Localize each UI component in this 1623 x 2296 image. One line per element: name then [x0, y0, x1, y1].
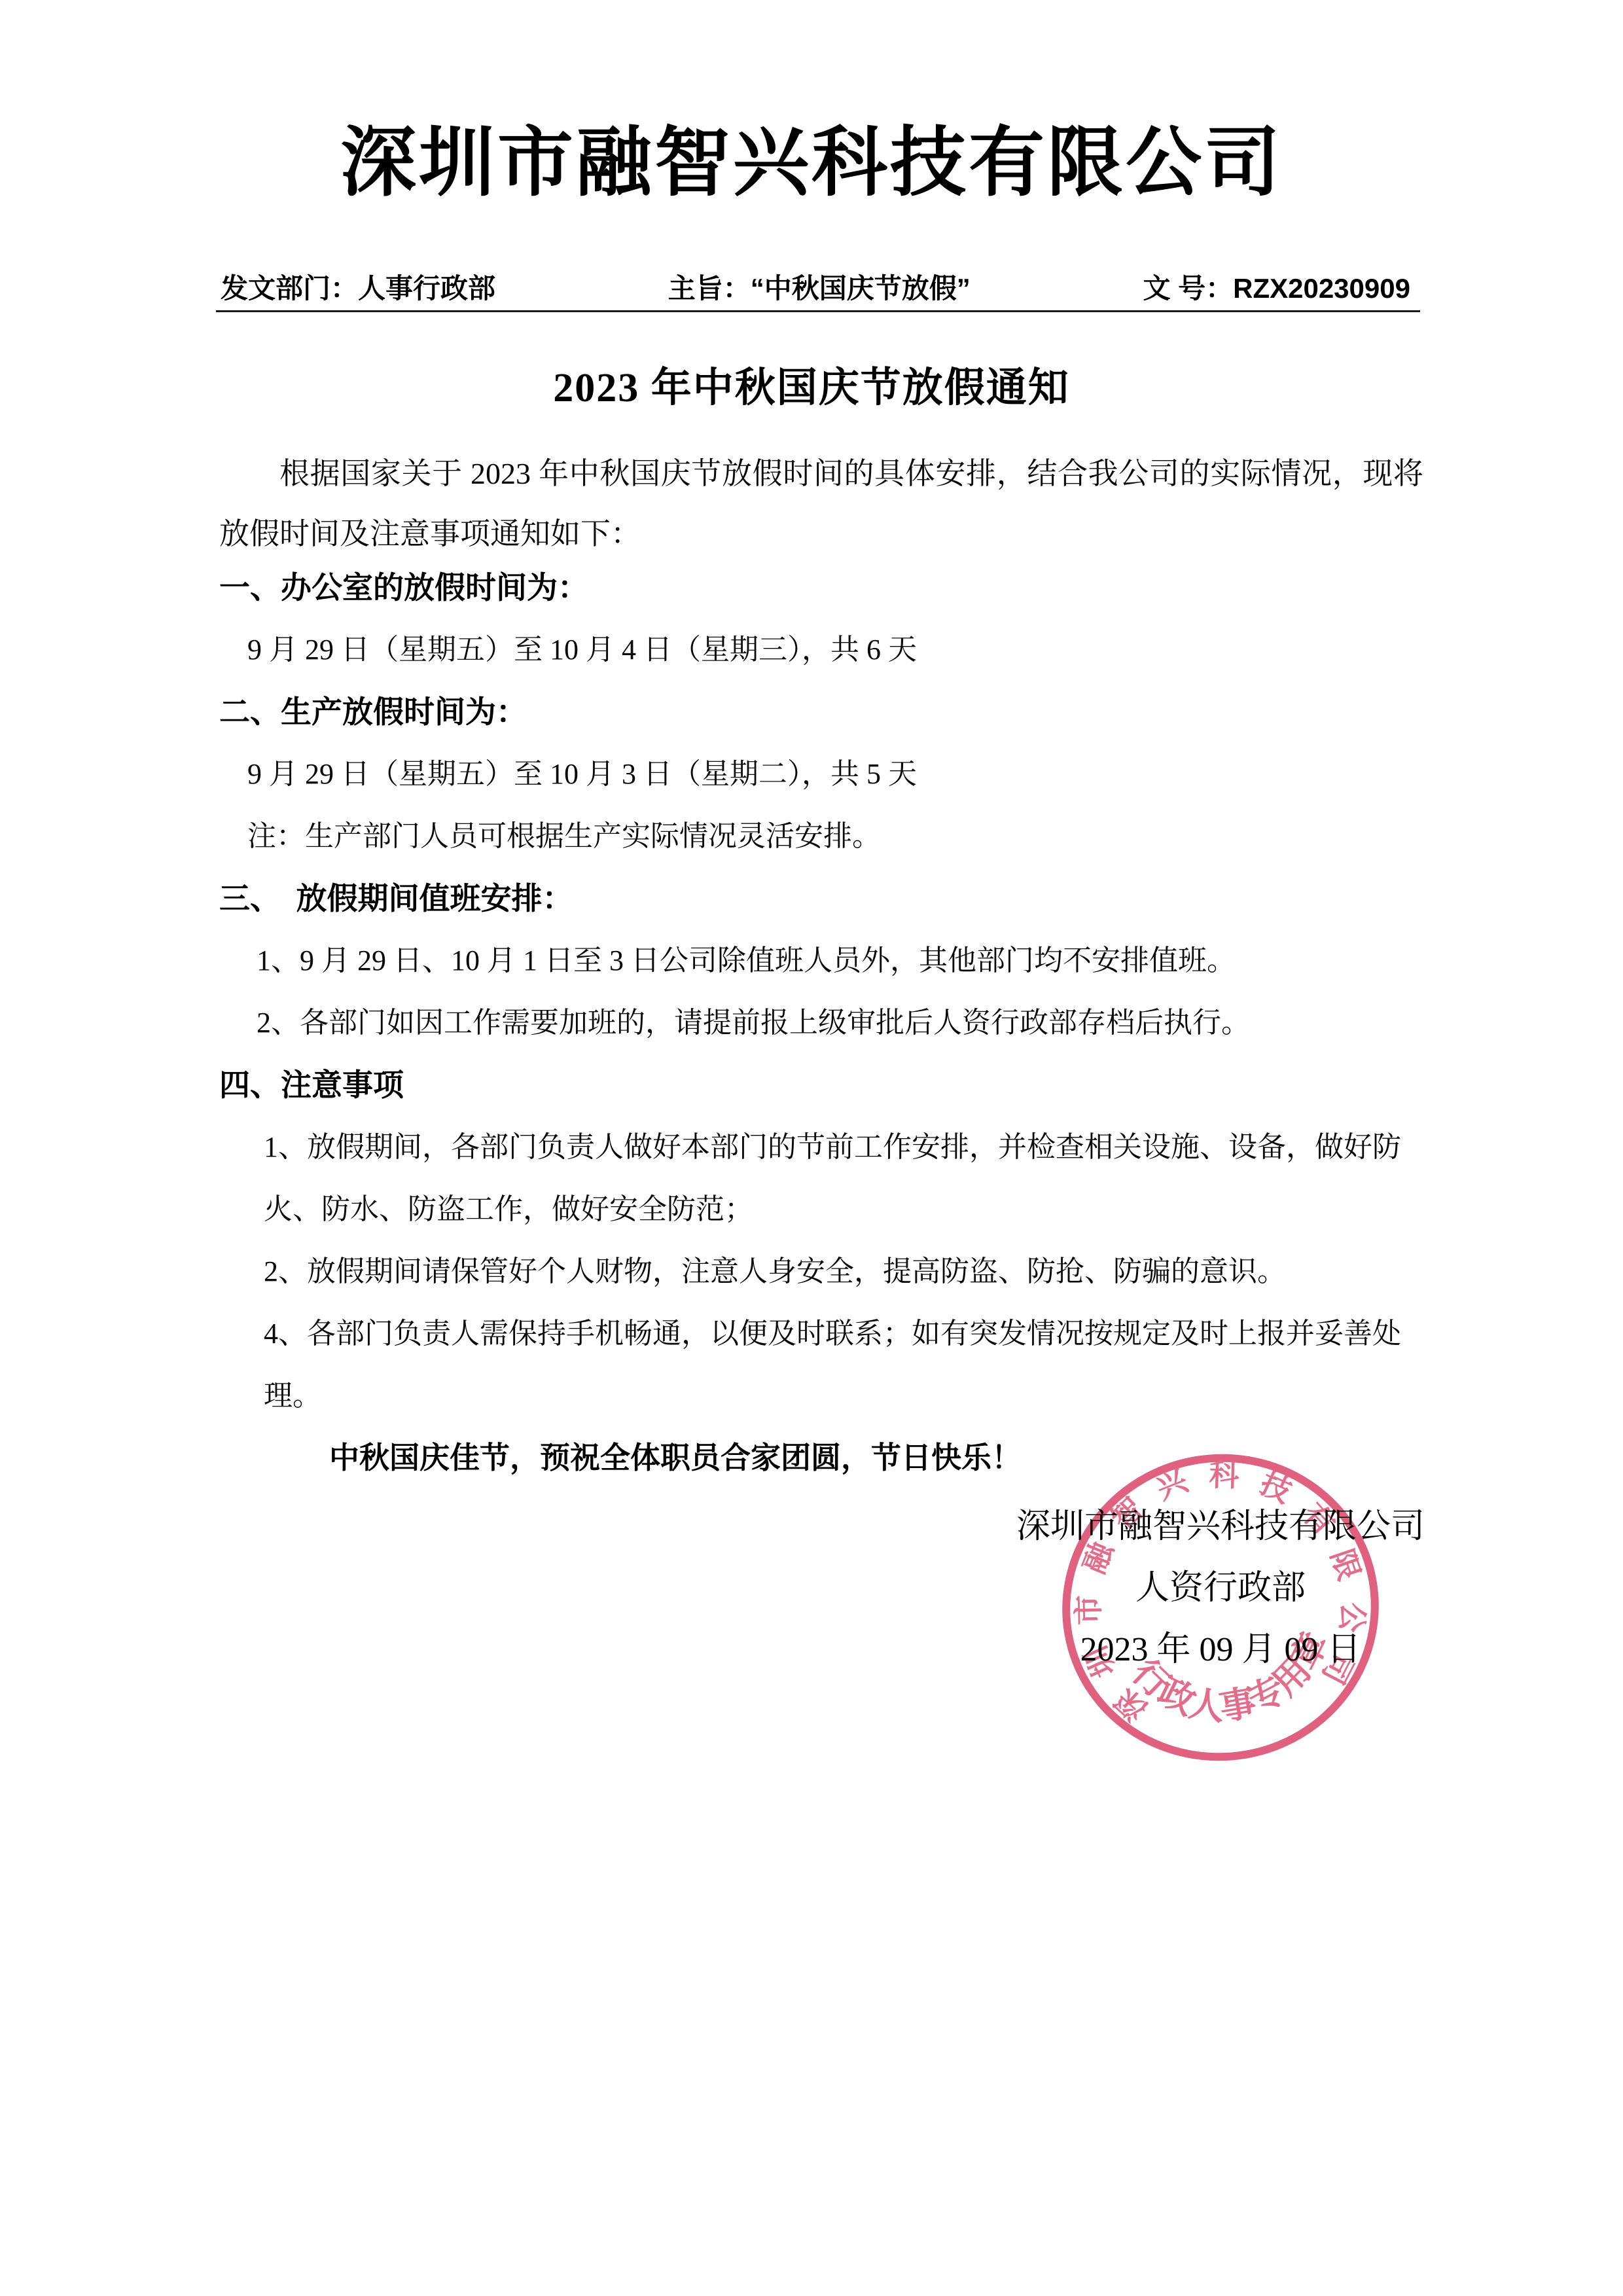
section-3-item-1: 1、9 月 29 日、10 月 1 日至 3 日公司除值班人员外，其他部门均不安… — [219, 929, 1423, 992]
section-4-item-3: 4、各部门负责人需保持手机畅通，以便及时联系；如有突发情况按规定及时上报并妥善处… — [219, 1302, 1423, 1427]
section-4-item-2: 2、放假期间请保管好个人财物，注意人身安全，提高防盗、防抢、防骗的意识。 — [219, 1240, 1423, 1302]
meta-subject: 主旨：“中秋国庆节放假” — [668, 271, 971, 306]
document-meta-row: 发文部门：人事行政部 主旨：“中秋国庆节放假” 文 号：RZX20230909 — [221, 271, 1410, 306]
meta-issuing-department: 发文部门：人事行政部 — [221, 271, 495, 306]
notice-title: 2023 年中秋国庆节放假通知 — [0, 359, 1623, 418]
section-1-line: 9 月 29 日（星期五）至 10 月 4 日（星期三），共 6 天 — [219, 619, 1423, 681]
section-2-note-line: 注：生产部门人员可根据生产实际情况灵活安排。 — [219, 805, 1423, 867]
stamp-ring-char: 市 — [1072, 1594, 1106, 1625]
section-2-line: 9 月 29 日（星期五）至 10 月 3 日（星期二），共 5 天 — [219, 743, 1423, 805]
company-header-title: 深圳市融智兴科技有限公司 — [0, 110, 1623, 215]
section-4-item-1: 1、放假期间，各部门负责人做好本部门的节前工作安排，并检查相关设施、设备，做好防… — [219, 1116, 1423, 1240]
company-seal-stamp: 深圳市融智兴科技有限公司 行政人事专用章 — [1047, 1437, 1394, 1778]
notice-document-page: 深圳市融智兴科技有限公司 发文部门：人事行政部 主旨：“中秋国庆节放假” 文 号… — [0, 0, 1623, 2296]
section-4-heading: 四、注意事项 — [219, 1054, 1423, 1116]
meta-doc-number: 文 号：RZX20230909 — [1143, 271, 1410, 306]
notice-body: 一、办公室的放假时间为： 9 月 29 日（星期五）至 10 月 4 日（星期三… — [219, 556, 1423, 1489]
section-1-heading: 一、办公室的放假时间为： — [219, 556, 1423, 619]
section-3-heading: 三、 放假期间值班安排： — [219, 867, 1423, 929]
section-3-item-2: 2、各部门如因工作需要加班的，请提前报上级审批后人资行政部存档后执行。 — [219, 992, 1423, 1054]
stamp-ring-char: 限 — [1325, 1545, 1366, 1585]
intro-paragraph: 根据国家关于 2023 年中秋国庆节放假时间的具体安排，结合我公司的实际情况，现… — [219, 444, 1423, 564]
stamp-ring-char: 科 — [1209, 1458, 1240, 1492]
header-divider-rule — [216, 310, 1420, 312]
section-2-heading: 二、生产放假时间为： — [219, 681, 1423, 743]
stamp-ring-char: 公 — [1334, 1601, 1370, 1634]
